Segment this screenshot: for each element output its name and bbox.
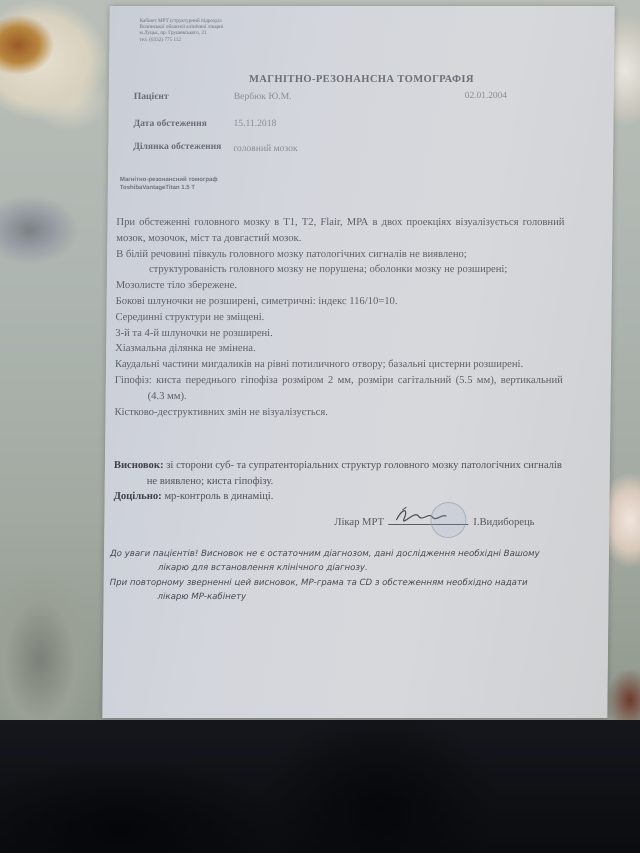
exam-area-value: головний мозок (233, 143, 297, 154)
finding-paragraph: Гіпофіз: киста переднього гіпофіза розмі… (115, 373, 563, 405)
finding-paragraph: Каудальні частини мигдаликів на рівні по… (115, 357, 563, 373)
finding-paragraph: Серединні структури не зміщені. (115, 310, 563, 326)
finding-paragraph: Бокові шлуночки не розширені, симетричні… (116, 294, 564, 310)
notice-line: До уваги пацієнтів! Висновок не є остато… (110, 547, 575, 561)
exam-area-label: Ділянка обстеження (133, 141, 228, 153)
doctor-role: Лікар МРТ (334, 517, 384, 528)
recommendation-text: мр-контроль в динаміці. (164, 491, 273, 502)
scanner-info: Магнітно-резонансний томограф ToshibaVan… (120, 176, 218, 192)
finding-paragraph: Хіазмальна ділянка не змінена. (115, 341, 563, 357)
birth-date: 02.01.2004 (465, 91, 507, 101)
notice-line: лікарю МР-кабінету (109, 590, 574, 604)
conclusion-label: Висновок: (114, 460, 164, 471)
finding-paragraph: Мозолисте тіло збережене. (116, 278, 564, 294)
exam-date-value: 15.11.2018 (233, 118, 276, 129)
handwritten-signature (389, 514, 469, 525)
document-title: МАГНІТНО-РЕЗОНАНСНА ТОМОГРАФІЯ (109, 74, 614, 85)
finding-paragraph: 3-й та 4-й шлуночки не розширені. (115, 326, 563, 342)
notice-line: При повторному зверненні цей висновок, М… (110, 576, 575, 590)
dark-foreground (0, 720, 640, 853)
signature-row: Лікар МРТ І.Видиборець (334, 514, 534, 528)
finding-paragraph: В білій речовині півкуль головного мозку… (116, 247, 564, 263)
conclusion-block: Висновок: зі сторони суб- та супратентор… (114, 458, 562, 505)
mri-report-sheet: Кабінет МРТ (структурний підрозділ Волин… (102, 6, 614, 718)
clinic-header: Кабінет МРТ (структурний підрозділ Волин… (139, 18, 309, 43)
patient-notice: До уваги пацієнтів! Висновок не є остато… (109, 547, 575, 604)
recommendation: Доцільно: мр-контроль в динаміці. (114, 489, 562, 505)
doctor-name: І.Видиборець (473, 517, 534, 528)
notice-line: лікарю для встановлення клінічного діагн… (110, 561, 575, 575)
patient-name: Вербюк Ю.М. (234, 91, 292, 102)
scanner-model: ToshibaVantageTitan 1.5 T (120, 184, 218, 192)
clinic-header-line: тел. (0332) 775 112 (139, 37, 309, 43)
recommendation-label: Доцільно: (114, 491, 162, 502)
finding-paragraph: При обстеженні головного мозку в Т1, Т2,… (116, 215, 564, 247)
findings: При обстеженні головного мозку в Т1, Т2,… (114, 215, 564, 420)
stamp-seal-icon (431, 502, 467, 538)
conclusion: Висновок: зі сторони суб- та супратентор… (114, 458, 562, 489)
patient-label: Пацієнт (134, 91, 229, 103)
scanner-line: Магнітно-резонансний томограф (120, 176, 218, 184)
finding-paragraph: Кістково-деструктивних змін не візуалізу… (114, 405, 562, 421)
finding-paragraph: структурованість головного мозку не пору… (116, 262, 564, 278)
conclusion-text: зі сторони суб- та супратенторіальних ст… (147, 460, 562, 487)
exam-date-label: Дата обстеження (133, 118, 228, 130)
